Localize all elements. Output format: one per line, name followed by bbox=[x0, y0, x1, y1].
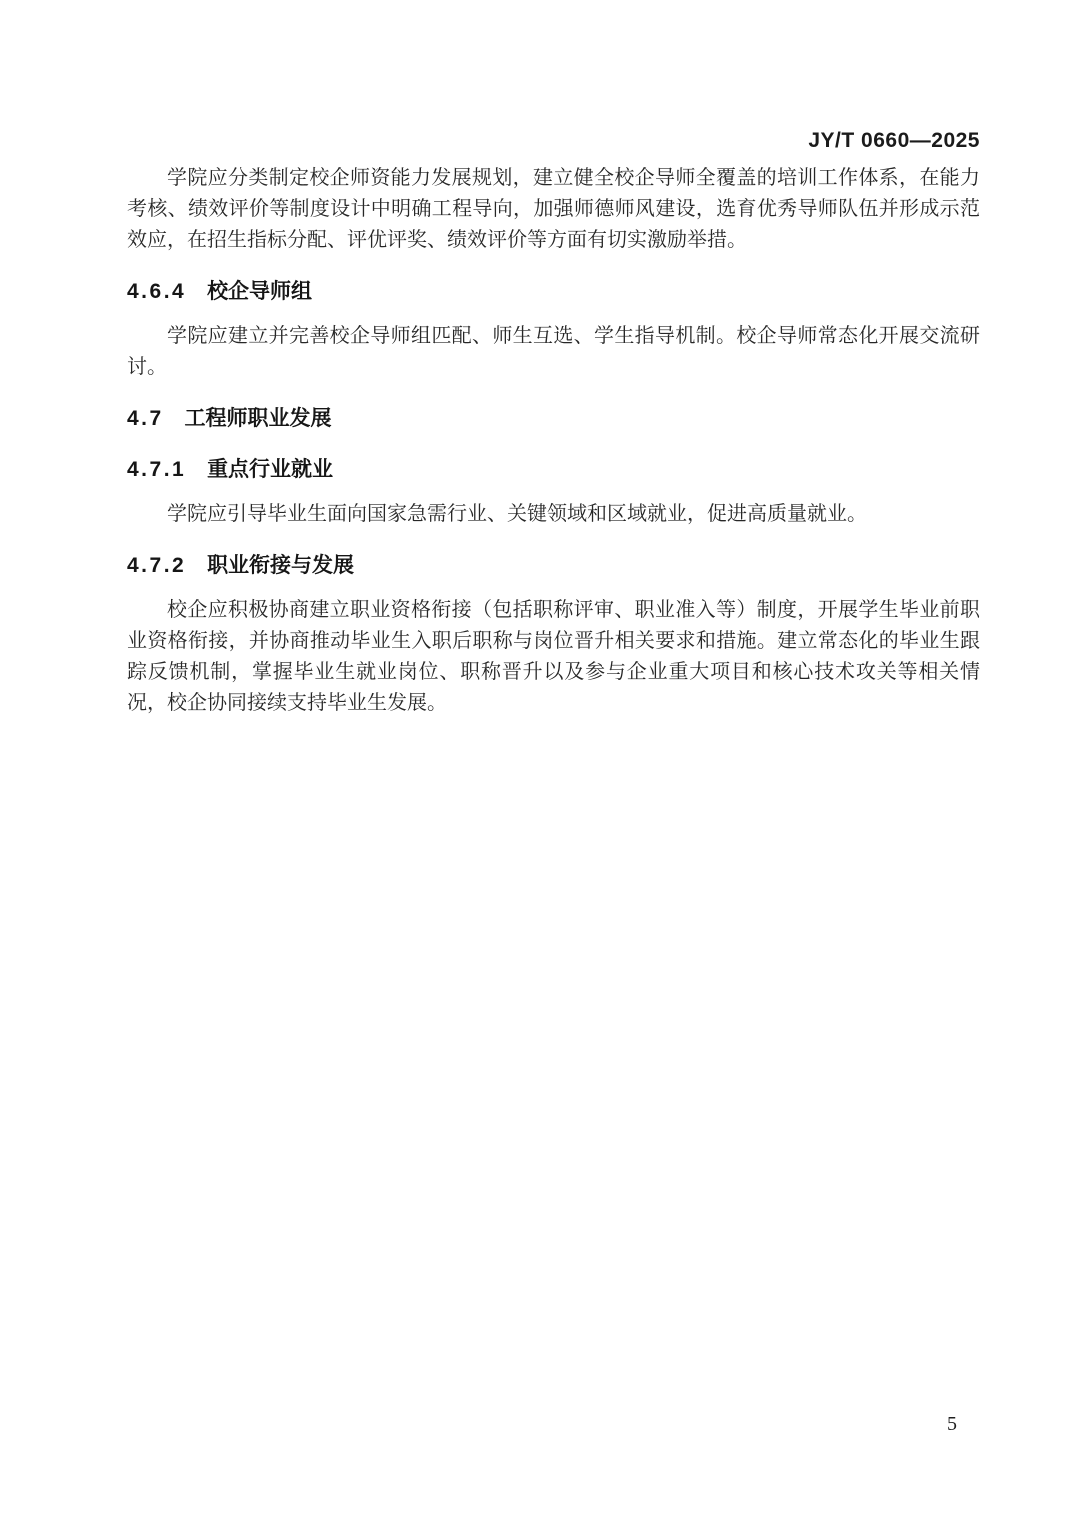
section-number: 4.7.1 bbox=[127, 458, 186, 481]
section-title: 校企导师组 bbox=[207, 280, 312, 303]
paragraph-key-industry-employment: 学院应引导毕业生面向国家急需行业、关键领域和区域就业，促进高质量就业。 bbox=[127, 499, 980, 530]
paragraph-mentor-group: 学院应建立并完善校企导师组匹配、师生互选、学生指导机制。校企导师常态化开展交流研… bbox=[127, 321, 980, 383]
paragraph-mentor-capability: 学院应分类制定校企师资能力发展规划，建立健全校企导师全覆盖的培训工作体系，在能力… bbox=[127, 163, 980, 256]
section-heading-4-6-4: 4.6.4 校企导师组 bbox=[127, 276, 980, 307]
section-title: 工程师职业发展 bbox=[185, 407, 332, 430]
section-title: 职业衔接与发展 bbox=[207, 554, 354, 577]
paragraph-career-development: 校企应积极协商建立职业资格衔接（包括职称评审、职业准入等）制度，开展学生毕业前职… bbox=[127, 595, 980, 719]
section-heading-4-7-1: 4.7.1 重点行业就业 bbox=[127, 454, 980, 485]
section-number: 4.7.2 bbox=[127, 554, 186, 577]
page-number: 5 bbox=[938, 1413, 966, 1436]
section-number: 4.6.4 bbox=[127, 280, 186, 303]
section-title: 重点行业就业 bbox=[207, 458, 333, 481]
section-heading-4-7: 4.7 工程师职业发展 bbox=[127, 403, 980, 434]
standard-code-header: JY/T 0660—2025 bbox=[808, 129, 980, 153]
section-heading-4-7-2: 4.7.2 职业衔接与发展 bbox=[127, 550, 980, 581]
section-number: 4.7 bbox=[127, 407, 164, 430]
page-content: 学院应分类制定校企师资能力发展规划，建立健全校企导师全覆盖的培训工作体系，在能力… bbox=[127, 163, 980, 719]
document-page: JY/T 0660—2025 学院应分类制定校企师资能力发展规划，建立健全校企导… bbox=[0, 0, 1080, 1527]
